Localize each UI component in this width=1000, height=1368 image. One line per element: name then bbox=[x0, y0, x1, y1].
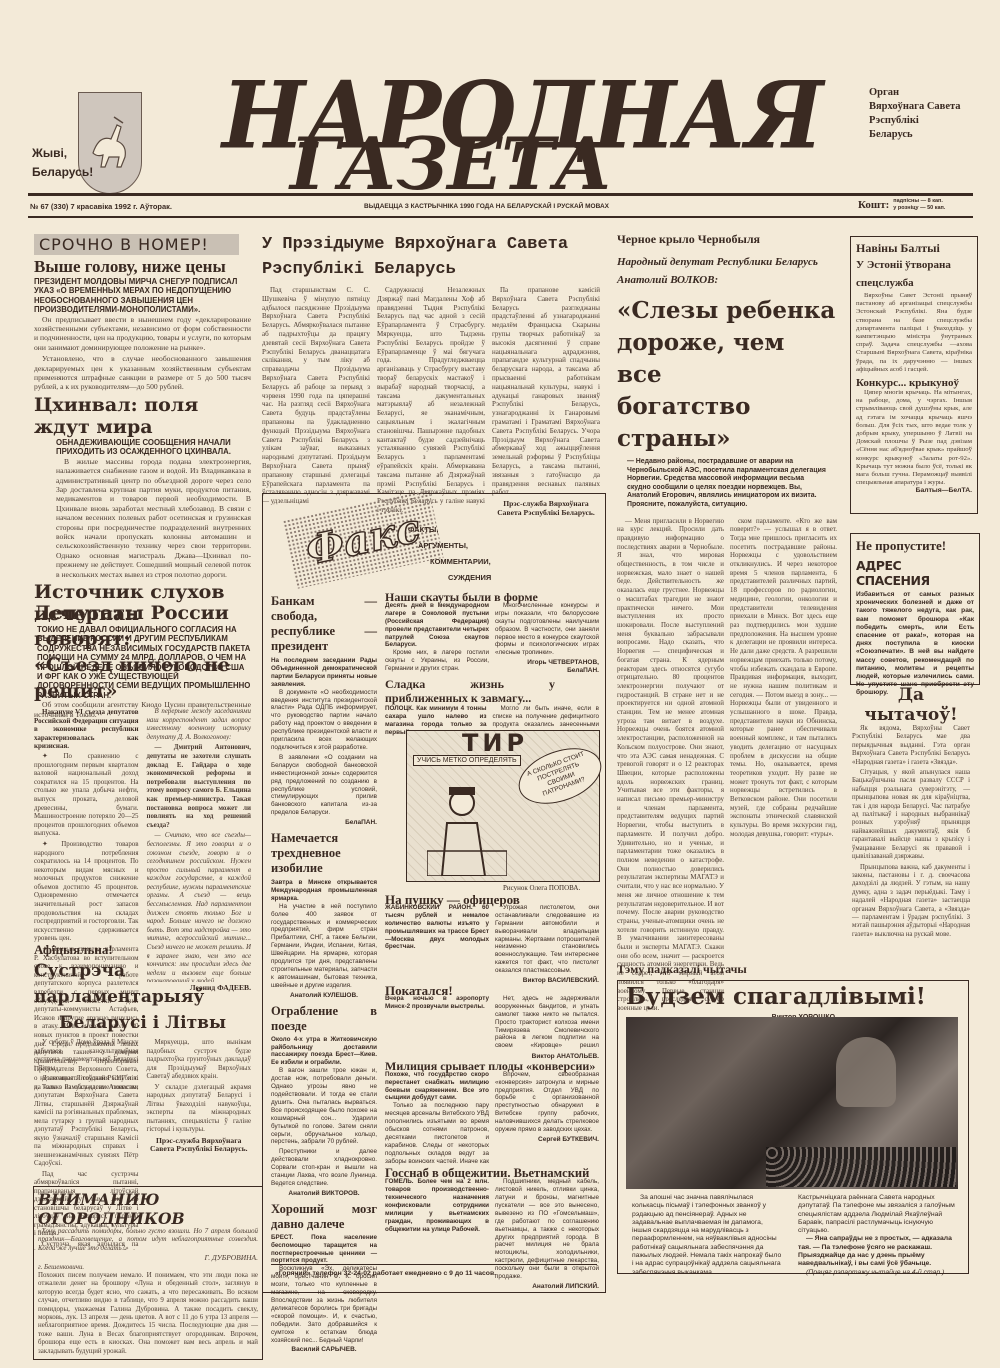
tagline-comments: КОММЕНТАРИИ, bbox=[408, 554, 491, 570]
news-title: Намечается трехдневное изобилие bbox=[271, 831, 377, 876]
news-title: Хороший мозг давно далече bbox=[271, 1202, 377, 1232]
signature: Игорь ЧЕТВЕРТАНОВ, БелаПАН. bbox=[495, 659, 599, 675]
tagline-opinions: СУЖДЕНИЯ bbox=[408, 570, 491, 586]
faks-taglines: ФАКТЫ, АРГУМЕНТЫ, КОММЕНТАРИИ, СУЖДЕНИЯ bbox=[408, 522, 491, 586]
article-text: У складзе дэлегацый акрамя народных дэпу… bbox=[147, 1084, 252, 1135]
news-text: В вагон зашли трое южан и, достав нож, п… bbox=[271, 1067, 377, 1146]
news-title: Сладка жизнь у приближенных к завмагу... bbox=[385, 677, 555, 705]
article-text: У суботу ў Доме ўрада ў Мінску адбылася … bbox=[34, 1039, 139, 1073]
article-title-tskhinval: Цхинвал: поля ждут мира bbox=[34, 394, 251, 438]
article-text: Установлено, что в случае необоснованног… bbox=[34, 354, 251, 392]
signature: Балтыя—БелТА. bbox=[856, 487, 972, 494]
news-title: Банкам — свобода, республике — президент bbox=[271, 594, 377, 654]
baltic-news-box: Навіны Балтыі У Эстоніі ўтворана спецслу… bbox=[850, 236, 978, 514]
article-title-line2: Беларусі і Літвы bbox=[34, 1010, 251, 1036]
signature: Анатолий КУЛЕШОВ. bbox=[271, 992, 377, 1000]
news-text: Преступники и далее действовали хладнокр… bbox=[271, 1148, 377, 1188]
faks-left-column: Банкам — свобода, республике — президент… bbox=[271, 594, 377, 1354]
article-kicker: Тэму падказалі чытачы bbox=[617, 962, 967, 977]
article-text: Па прапанове камісій Вярхоўнага Савета Р… bbox=[492, 286, 600, 497]
signature: Василий САРЫЧЕВ. bbox=[271, 1346, 377, 1354]
issue-info: № 67 (330) 7 красавіка 1992 г. Аўторак. bbox=[30, 202, 172, 211]
news-text: Впрочем, своеобразная «конверсия» затрон… bbox=[495, 1071, 599, 1134]
letter-signature: Г. ДУБРОВИНА. bbox=[38, 1253, 258, 1262]
article-text: В жилые массивы города подана электроэне… bbox=[56, 457, 251, 579]
tagline-arguments: АРГУМЕНТЫ, bbox=[408, 538, 491, 554]
article-text: Пад старшынствам С. С. Шушкевіча ў мінул… bbox=[262, 286, 370, 518]
article-column-2: Кастрычніцкага раённага Савета народных … bbox=[798, 1194, 958, 1277]
signature: Сергей БУТКЕВИЧ. bbox=[495, 1136, 599, 1144]
signature: Анатолий ЛИПСКИЙ. bbox=[495, 1283, 599, 1291]
article-text: ✦ Производство товаров народного потребл… bbox=[34, 841, 139, 944]
article-text: Кастрычніцкага раённага Савета народных … bbox=[798, 1194, 958, 1235]
price: Кошт: падпісны — 8 кап. у розніцу — 50 к… bbox=[858, 198, 945, 212]
article-text: Садружнасці Незалежных Дзяржаў пані Магд… bbox=[377, 286, 485, 518]
signature: Прэс-служба Вярхоўнага Савета Рэспублікі… bbox=[147, 1137, 252, 1154]
article-title-line2: «Съезд ничего не решит» bbox=[34, 652, 251, 704]
article-text: Он предписывает ввести в нынешнем году «… bbox=[34, 315, 251, 353]
byline-line1: Народный депутат Республики Беларусь bbox=[617, 253, 837, 271]
article-presidium: У Прэзідыуме Вярхоўнага Савета Рэспублік… bbox=[262, 232, 600, 518]
news-text: В документе «О необходимости введения ин… bbox=[271, 689, 377, 752]
news-lede: Около 4-х утра в Житковичскую райбольниц… bbox=[271, 1036, 377, 1068]
news-text: Вярхоўны Савет Эстоніі прыняў пастанову … bbox=[856, 292, 972, 374]
news-text: На участие в ней поступило более 400 зая… bbox=[271, 903, 377, 990]
article-title: ВНИМАНИЮ ОГОРОДНИКОВ bbox=[38, 1190, 258, 1228]
article-title: Будзем спагадлівымі! bbox=[618, 981, 968, 1010]
article-lede: — Недавно районы, пострадавшие от аварии… bbox=[617, 455, 837, 510]
article-text: Як вядома, Вярхоўны Савет Рэспублікі Бел… bbox=[852, 725, 970, 767]
news-text: В заявлении «О создании на Беларуси своб… bbox=[271, 754, 377, 817]
box-text: Избавиться от самых разных хронических б… bbox=[856, 591, 974, 698]
news-text: Нет, здесь не задерживали вооруженных ба… bbox=[495, 995, 599, 1051]
faks-logo-text: Факс bbox=[302, 504, 425, 574]
box-kicker: Не пропустите! bbox=[856, 538, 974, 554]
news-lede: Вчера ночью в аэропорту Минск-2 прозвуча… bbox=[385, 995, 489, 1011]
cartoon-banner: УЧИСЬ МЕТКО ОПРЕДЕЛЯТЬ bbox=[413, 755, 521, 766]
article-kicker: Афіцыяльна! bbox=[34, 942, 251, 958]
tagline-facts: ФАКТЫ, bbox=[408, 522, 491, 538]
interview-question: — Дмитрий Антонович, депутаты не захотел… bbox=[147, 744, 252, 830]
headline-line2: дороже, чем все bbox=[617, 327, 837, 391]
news-title: Покатался! bbox=[385, 987, 599, 995]
article-title-line1: Сустрэча парламентарыяў bbox=[34, 958, 251, 1010]
news-title: Ограбление в поезде bbox=[271, 1004, 377, 1034]
news-text: Только за последнюю пару месяцев арсенал… bbox=[385, 1102, 489, 1166]
cartoon-credit: Рисунок Олега ПОПОВА. bbox=[503, 884, 580, 892]
article-title-line1: Депутаты России говорят: bbox=[34, 600, 251, 652]
rescue-address-box: Не пропустите! АДРЕС СПАСЕНИЯ Избавиться… bbox=[850, 533, 980, 685]
cartoon-shooting-gallery: ТИР УЧИСЬ МЕТКО ОПРЕДЕЛЯТЬ А СКОЛЬКО СТО… bbox=[406, 730, 600, 882]
signature: БелаПАН. bbox=[271, 819, 377, 827]
price-label: Кошт: bbox=[858, 199, 889, 211]
news-title: Наши скауты были в форме bbox=[385, 594, 599, 602]
section-title: Навіны Балтыі bbox=[856, 241, 972, 256]
news-text: Угрожая пистолетом, они останавливали сл… bbox=[495, 904, 599, 975]
urgent-banner: СРОЧНО В НОМЕР! bbox=[34, 234, 239, 255]
news-lede: ЖАБИНКОВСКИЙ РАЙОН. 60 тысяч рублей и не… bbox=[385, 904, 489, 951]
article-text: За апошні час значна павялічылася колька… bbox=[632, 1194, 782, 1277]
article-text: В перерыве между заседаниями наш корресп… bbox=[147, 708, 252, 742]
news-text: Воскликнув «Эх, деликатесы мои!», брестч… bbox=[271, 1265, 377, 1344]
news-title: Конкурс... крыкуноў bbox=[856, 377, 972, 389]
article-gardeners-box: ВНИМАНИЮ ОГОРОДНИКОВ «Хочу рассадить пом… bbox=[33, 1186, 263, 1360]
box-title: АДРЕС СПАСЕНИЯ bbox=[856, 558, 974, 588]
article-byline: Народный депутат Республики Беларусь Ана… bbox=[617, 253, 837, 289]
faks-section: Факс ФАКТЫ, АРГУМЕНТЫ, КОММЕНТАРИИ, СУЖД… bbox=[262, 493, 606, 1293]
article-lede-tskhinval: ОБНАДЕЖИВАЮЩИЕ СООБЩЕНИЯ НАЧАЛИ ПРИХОДИТ… bbox=[56, 438, 251, 457]
article-text: Прынцыпова важна, каб дакументы і законы… bbox=[852, 864, 970, 940]
article-text: Сітуацыя, у якой апынулася наша Бацькаўш… bbox=[852, 769, 970, 861]
article-title-prices: Выше голову, ниже цены bbox=[34, 257, 251, 277]
article-headline: «Слезы ребенка дороже, чем все богатство… bbox=[617, 295, 837, 455]
organ-line1: Орган bbox=[869, 86, 961, 100]
masthead-rule-bottom bbox=[28, 216, 973, 218]
news-text: Многочисленные конкурсы и игры показали,… bbox=[495, 602, 599, 657]
article-title: Да чытачоў! bbox=[852, 685, 970, 725]
article-title-line2: Рэспублікі Беларусь bbox=[262, 258, 600, 282]
article-kicker: Черное крыло Чернобыля bbox=[617, 232, 837, 247]
article-text: — Яна сапраўды не з простых, — адказала … bbox=[798, 1235, 958, 1268]
article-text: — Меня пригласили в Норвегию на курс лек… bbox=[617, 518, 724, 1014]
news-lede: ГОМЕЛЬ. Более чем на 2 млн. товаров прои… bbox=[385, 1178, 489, 1233]
since-info: ВЫДАЕЦЦА З КАСТРЫЧНІКА 1990 ГОДА НА БЕЛА… bbox=[364, 203, 609, 210]
slogan-line2: Беларусь! bbox=[32, 163, 93, 182]
compassion-box: Будзем спагадлівымі! За апошні час значн… bbox=[617, 980, 969, 1274]
article-column-1: За апошні час значна павялічылася колька… bbox=[632, 1194, 782, 1277]
news-lede: На последнем заседании Рады Объединенной… bbox=[271, 657, 377, 689]
organ-line2: Вярхоўнага Савета bbox=[869, 100, 961, 114]
news-title: На пушку — офицеров bbox=[385, 896, 599, 904]
masthead: Жыві, Беларусь! НАРОДНАЯ ГАЗЕТА Орган Вя… bbox=[0, 0, 1000, 225]
article-lede-prices: ПРЕЗИДЕНТ МОЛДОВЫ МИРЧА СНЕГУР ПОДПИСАЛ … bbox=[34, 277, 251, 315]
slogan: Жыві, Беларусь! bbox=[32, 144, 93, 182]
article-text: ском парламенте. «Кто же вам поверит?» —… bbox=[730, 518, 837, 1014]
knight-on-horse-icon bbox=[87, 113, 133, 173]
cartoon-figure-icon bbox=[427, 781, 507, 876]
article-text: ✦ По сравнению с прошлогодним первым ква… bbox=[34, 753, 139, 839]
news-text: Подшипники, медный кабель, листовой нике… bbox=[495, 1178, 599, 1281]
article-title-line1: У Прэзідыуме Вярхоўнага Савета bbox=[262, 232, 600, 258]
masthead-rule-top bbox=[28, 193, 973, 196]
signature: Виктор ВАСИЛЕВСКИЙ. bbox=[495, 977, 599, 985]
slogan-line1: Жыві, bbox=[32, 144, 93, 163]
news-title: Милиция срывает плоды «конверсии» bbox=[385, 1063, 599, 1071]
letter-place: г. Бешенковичи. bbox=[38, 1263, 258, 1272]
article-be-compassionate: Тэму падказалі чытачы bbox=[617, 962, 967, 977]
price-subscription: падпісны — 8 кап. bbox=[893, 198, 945, 205]
organ-line4: Беларусь bbox=[869, 128, 961, 142]
article-text: Похожих писем получаем немало. И понимае… bbox=[38, 1272, 258, 1356]
continued-note[interactable]: (Працяг рэпартажу чытайце на 4-й стар.). bbox=[798, 1269, 958, 1277]
organ-line3: Рэспублікі bbox=[869, 114, 961, 128]
headline-line3: богатство страны» bbox=[617, 391, 837, 455]
news-lede: Завтра в Минске открывается Международна… bbox=[271, 879, 377, 903]
signature: Анатолий ВИКТОРОВ. bbox=[271, 1190, 377, 1198]
cartoon-sign: ТИР bbox=[462, 729, 528, 757]
masthead-title-line2: ГАЗЕТА bbox=[290, 128, 611, 200]
hotline-notice[interactable]: «Горячий» телефон 32-24-02 работает ежед… bbox=[275, 1270, 496, 1277]
organ-label: Орган Вярхоўнага Савета Рэспублікі Белар… bbox=[869, 86, 961, 142]
news-lede: Десять дней в международном лагере в Сок… bbox=[385, 602, 489, 649]
news-lede: Похоже, что государство скоро перестанет… bbox=[385, 1071, 489, 1103]
article-text: Дэлегацыя Літоўскай Рэспублікі на чале з… bbox=[34, 1075, 139, 1169]
hotline-divider bbox=[271, 1264, 597, 1265]
article-chernobyl: Черное крыло Чернобыля Народный депутат … bbox=[617, 232, 837, 1021]
elderly-woman-at-counter-photo bbox=[626, 1017, 958, 1189]
faks-lower-right: На пушку — офицеров ЖАБИНКОВСКИЙ РАЙОН. … bbox=[385, 896, 599, 1291]
price-retail: у розніцу — 50 кап. bbox=[893, 205, 945, 212]
news-text: Кроме них, в лагере гостили скауты с Укр… bbox=[385, 649, 489, 673]
reader-letter: «Хочу рассадить помидоры, больно густо в… bbox=[38, 1228, 258, 1253]
article-lede: Накануне VI съезда депутатов Российской … bbox=[34, 708, 139, 751]
news-lede: БРЕСТ. Пока население беспомощно таращит… bbox=[271, 1234, 377, 1266]
article-to-readers: Да чытачоў! Як вядома, Вярхоўны Савет Рэ… bbox=[852, 685, 970, 941]
byline-line2: Анатолий ВОЛКОВ: bbox=[617, 271, 837, 289]
news-text: Цяпер многія крычаць. На мітынгах, на ра… bbox=[856, 389, 972, 487]
news-title: У Эстоніі ўтворана спецслужба bbox=[856, 256, 972, 292]
article-text: Мяркуецца, што вынікам падобных сустрэч … bbox=[147, 1039, 252, 1082]
headline-line1: «Слезы ребенка bbox=[617, 295, 837, 327]
